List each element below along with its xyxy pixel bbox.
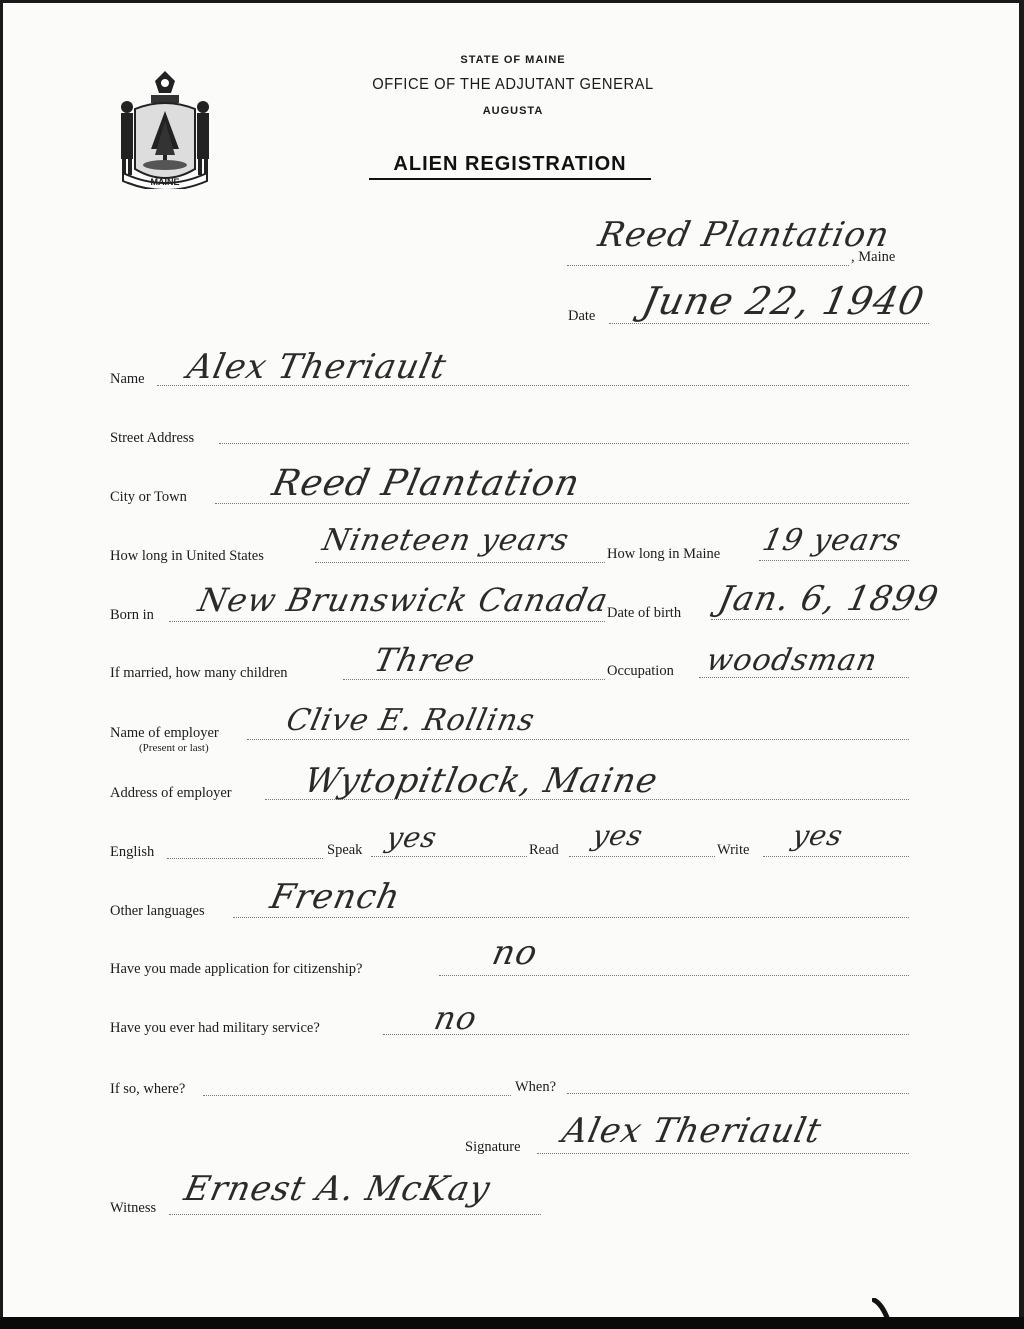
children-value: Three [371, 641, 479, 679]
witness-label: Witness [110, 1200, 156, 1217]
speak-value: yes [383, 821, 440, 854]
svg-text:MAINE: MAINE [151, 177, 180, 187]
write-line [763, 856, 909, 857]
document-page: MAINE STATE OF MAINE OFFICE OF THE ADJUT… [3, 3, 1019, 1317]
employer-name-line [247, 739, 909, 740]
name-label: Name [110, 371, 145, 388]
military-label: Have you ever had military service? [110, 1020, 320, 1037]
how-long-maine-label: How long in Maine [607, 546, 720, 563]
date-of-birth-value: Jan. 6, 1899 [715, 579, 943, 619]
read-line [569, 856, 715, 857]
state-heading: STATE OF MAINE [353, 54, 673, 66]
where-line [203, 1095, 511, 1096]
date-of-birth-label: Date of birth [607, 605, 681, 622]
children-label: If married, how many children [110, 665, 288, 682]
date-label: Date [568, 308, 595, 325]
citizenship-value: no [489, 933, 542, 973]
born-in-value: New Brunswick Canada [195, 581, 612, 619]
office-heading: OFFICE OF THE ADJUTANT GENERAL [320, 76, 706, 94]
employer-address-label: Address of employer [110, 785, 232, 802]
children-line [343, 679, 605, 680]
how-long-maine-value: 19 years [759, 523, 904, 558]
how-long-maine-line [759, 560, 909, 561]
city-heading: AUGUSTA [353, 105, 673, 117]
citizenship-line [439, 975, 909, 976]
date-of-birth-line [711, 619, 909, 620]
place-line [567, 265, 849, 266]
military-value: no [431, 999, 481, 1037]
english-label: English [110, 844, 154, 861]
when-line [567, 1093, 909, 1094]
city-label: City or Town [110, 489, 187, 506]
witness-value: Ernest A. McKay [181, 1169, 494, 1209]
other-languages-value: French [267, 877, 404, 917]
english-line [167, 858, 323, 859]
employer-name-sublabel: (Present or last) [139, 742, 209, 754]
place-suffix: , Maine [851, 249, 895, 266]
signature-value: Alex Theriault [559, 1111, 826, 1151]
name-value: Alex Theriault [184, 347, 451, 387]
born-in-label: Born in [110, 607, 154, 624]
street-address-line [219, 443, 909, 444]
speak-label: Speak [327, 842, 362, 859]
where-label: If so, where? [110, 1081, 185, 1098]
how-long-us-value: Nineteen years [319, 523, 572, 558]
write-value: yes [789, 819, 846, 852]
when-label: When? [515, 1079, 556, 1096]
occupation-value: woodsman [703, 643, 881, 678]
form-title: ALIEN REGISTRATION [369, 153, 651, 180]
employer-name-label: Name of employer [110, 725, 219, 742]
place-value: Reed Plantation [595, 215, 894, 255]
born-in-line [169, 621, 605, 622]
read-value: yes [589, 819, 646, 852]
occupation-label: Occupation [607, 663, 674, 680]
date-value: June 22, 1940 [638, 279, 928, 323]
other-languages-line [233, 917, 909, 918]
write-label: Write [717, 842, 749, 859]
how-long-us-label: How long in United States [110, 548, 264, 565]
scan-border-bottom [0, 1317, 1024, 1329]
witness-line [169, 1214, 541, 1215]
date-line [609, 323, 929, 324]
maine-seal-icon: MAINE [113, 69, 217, 189]
citizenship-label: Have you made application for citizenshi… [110, 961, 362, 978]
city-value: Reed Plantation [269, 463, 584, 504]
employer-name-value: Clive E. Rollins [283, 703, 538, 738]
street-address-label: Street Address [110, 430, 194, 447]
speak-line [371, 856, 527, 857]
read-label: Read [529, 842, 559, 859]
signature-label: Signature [465, 1139, 521, 1156]
signature-line [537, 1153, 909, 1154]
how-long-us-line [315, 562, 605, 563]
employer-address-value: Wytopitlock, Maine [301, 761, 662, 801]
other-languages-label: Other languages [110, 903, 205, 920]
